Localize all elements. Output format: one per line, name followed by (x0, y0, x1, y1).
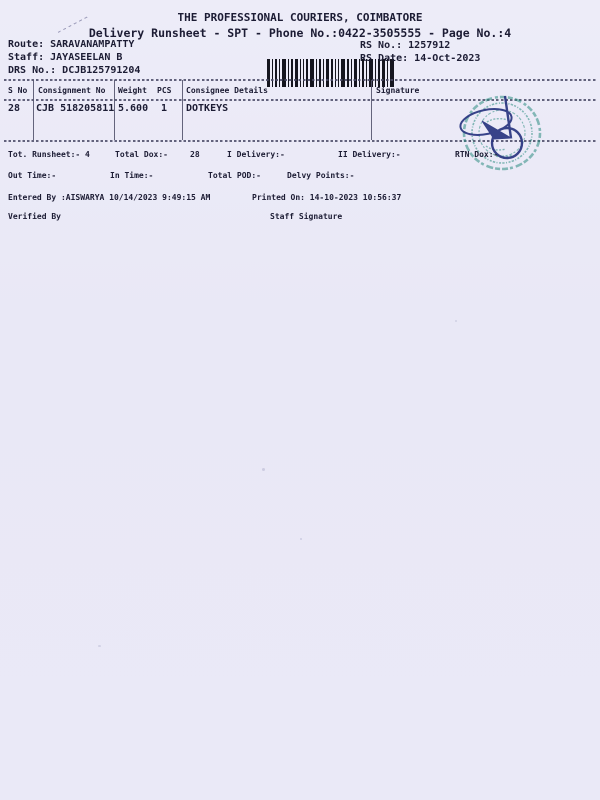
col-header-s-no: S No (8, 86, 27, 95)
i-delivery-field: I Delivery:- (227, 150, 285, 159)
table-column-divider (371, 80, 372, 140)
staff-field: Staff: JAYASEELAN B (8, 52, 122, 63)
ii-delivery-field: II Delivery:- (338, 150, 401, 159)
paper-speck (262, 468, 265, 471)
printed-on-field: Printed On: 14-10-2023 10:56:37 (252, 193, 401, 202)
rs-no-field: RS No.: 1257912 (360, 40, 450, 51)
rs-date-field: RS Date: 14-Oct-2023 (360, 53, 480, 64)
paper-speck (300, 538, 302, 540)
out-time-field: Out Time:- (8, 171, 56, 180)
company-title: THE PROFESSIONAL COURIERS, COIMBATORE (0, 11, 600, 24)
courier-stamp-and-signature (415, 75, 558, 199)
total-pod-field: Total POD:- (208, 171, 261, 180)
cell-pcs: 1 (161, 103, 167, 114)
cell-s-no: 28 (8, 103, 20, 114)
col-header-consignee-details: Consignee Details (186, 86, 268, 95)
drs-no-field: DRS No.: DCJB125791204 (8, 65, 140, 76)
cell-consignee-details: DOTKEYS (186, 103, 228, 114)
entered-by-field: Entered By :AISWARYA 10/14/2023 9:49:15 … (8, 193, 210, 202)
in-time-field: In Time:- (110, 171, 153, 180)
staff-signature-label: Staff Signature (270, 212, 342, 221)
col-header-pcs: PCS (157, 86, 171, 95)
tot-runsheet-value: 4 (85, 150, 90, 159)
verified-by-label: Verified By (8, 212, 61, 221)
delvy-points-field: Delvy Points:- (287, 171, 354, 180)
table-column-divider (33, 80, 34, 140)
col-header-signature: Signature (376, 86, 419, 95)
paper-speck (455, 320, 457, 322)
total-dox-label: Total Dox:- (115, 150, 168, 159)
total-dox-value: 28 (190, 150, 200, 159)
rtn-dox-field: RTN Dox:- (455, 150, 498, 159)
runsheet-subtitle: Delivery Runsheet - SPT - Phone No.:0422… (0, 26, 600, 40)
tot-runsheet-label: Tot. Runsheet:- (8, 150, 80, 159)
route-field: Route: SARAVANAMPATTY (8, 39, 134, 50)
cell-consignment-no: CJB 518205811 (36, 103, 114, 114)
col-header-consignment-no: Consignment No (38, 86, 105, 95)
stamp-graphic (454, 94, 558, 176)
table-column-divider (182, 80, 183, 140)
paper-speck (98, 645, 101, 647)
col-header-weight: Weight (118, 86, 147, 95)
cell-weight: 5.600 (118, 103, 148, 114)
runsheet-document: THE PROFESSIONAL COURIERS, COIMBATORE De… (0, 0, 600, 800)
